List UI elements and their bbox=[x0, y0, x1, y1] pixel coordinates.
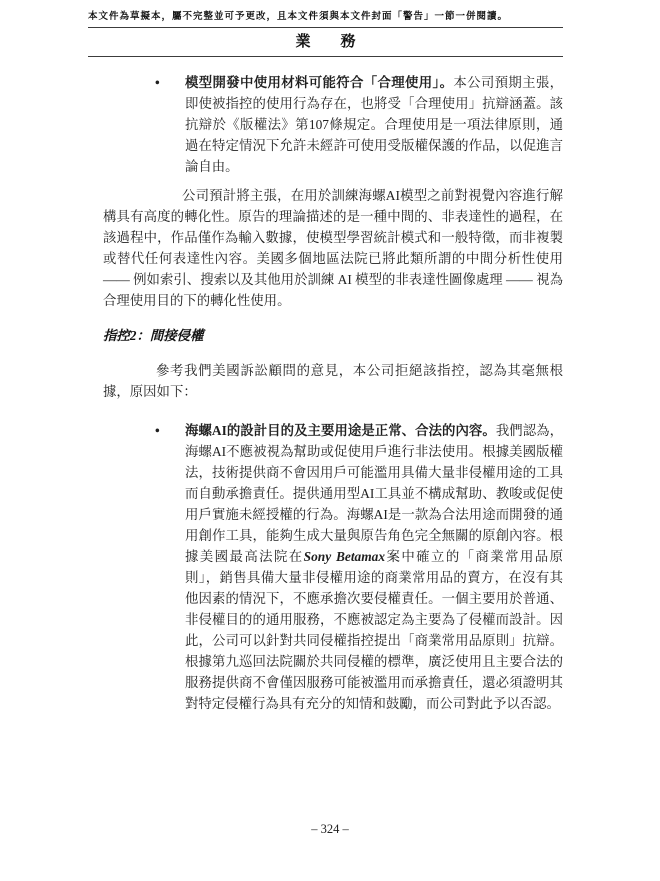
bullet-icon: • bbox=[155, 72, 160, 93]
bullet-design-purpose-text: 海螺AI的設計目的及主要用途是正常、合法的內容。我們認為，海螺AI不應被視為幫助… bbox=[185, 420, 563, 714]
case-name-sony-betamax: Sony Betamax bbox=[304, 549, 385, 564]
bullet-design-purpose-body-1: 我們認為，海螺AI不應被視為幫助或促使用戶進行非法使用。根據美國版權法，技術提供… bbox=[185, 423, 563, 564]
bullet-icon: • bbox=[155, 420, 160, 441]
page-number: – 324 – bbox=[0, 822, 660, 837]
bullet-item-design-purpose: • 海螺AI的設計目的及主要用途是正常、合法的內容。我們認為，海螺AI不應被視為… bbox=[103, 420, 563, 714]
paragraph-counsel-opinion: 參考我們美國訴訟顧問的意見，本公司拒絕該指控，認為其毫無根據，原因如下： bbox=[103, 360, 563, 402]
section-title: 業務 bbox=[265, 28, 385, 56]
document-body: • 模型開發中使用材料可能符合「合理使用」。本公司預期主張，即使被指控的使用行為… bbox=[103, 66, 563, 714]
bullet-design-purpose-body-2: 案中確立的「商業常用品原則」，銷售具備大量非侵權用途的商業常用品的賣方，在沒有其… bbox=[185, 549, 563, 711]
bullet-fair-use-text: 模型開發中使用材料可能符合「合理使用」。本公司預期主張，即使被指控的使用行為存在… bbox=[185, 72, 563, 177]
section-title-band: 業務 bbox=[88, 27, 563, 57]
bullet-design-purpose-lead: 海螺AI的設計目的及主要用途是正常、合法的內容。 bbox=[185, 423, 496, 438]
paragraph-transformative-use: 公司預計將主張，在用於訓練海螺AI模型之前對視覺內容進行解構具有高度的轉化性。原… bbox=[103, 185, 563, 311]
document-page: 本文件為草擬本，屬不完整並可予更改，且本文件須與本文件封面「警告」一節一併閱讀。… bbox=[0, 0, 660, 881]
heading-allegation-2: 指控2：間接侵權 bbox=[103, 325, 563, 346]
bullet-item-fair-use: • 模型開發中使用材料可能符合「合理使用」。本公司預期主張，即使被指控的使用行為… bbox=[103, 72, 563, 177]
bullet-fair-use-lead: 模型開發中使用材料可能符合「合理使用」。 bbox=[185, 75, 453, 90]
draft-disclaimer: 本文件為草擬本，屬不完整並可予更改，且本文件須與本文件封面「警告」一節一併閱讀。 bbox=[88, 8, 508, 22]
